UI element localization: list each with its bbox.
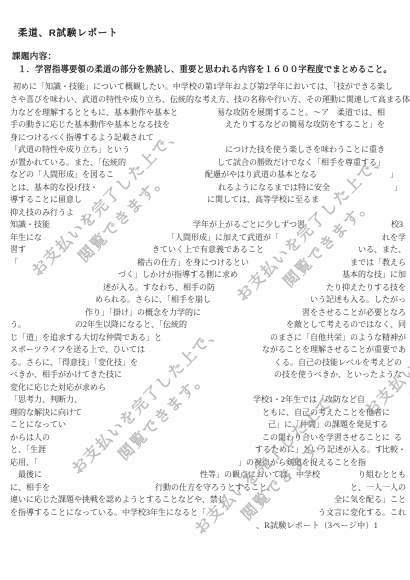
- body-line: づく」しかけが指導する側に求め基本的な技」に加: [0, 269, 410, 282]
- text-segment: ともに、自己の考えたことを他者に: [262, 407, 390, 418]
- text-segment: さや喜びを味わい、武道の特性や成り立ち、伝統的な考え方、技の名称や行い方、その運…: [10, 94, 410, 105]
- text-segment: 」: [394, 182, 402, 193]
- body-line: 述が入る。すなわち、相手の防たり抑えたりする技を: [0, 282, 410, 295]
- body-line: スポーツライフを送る上で、ひいてはながることを理解させることが重要であ: [0, 344, 410, 357]
- text-segment: る: [394, 432, 402, 443]
- body-line: を指導することになっている。中学校3年生になると「う文言に変化する。これ: [0, 507, 410, 520]
- text-segment: 初めに「知識・技能」について概観したい。中学校の第1学年および第2学年においては…: [13, 81, 393, 92]
- text-segment: れを学: [382, 232, 406, 243]
- body-line: 身につけるべく指導するよう記載されて: [0, 132, 410, 145]
- text-segment: ながることを理解させることが重要であ: [262, 344, 406, 355]
- text-segment: のまさに「自他共栄」のような精神が: [270, 332, 406, 343]
- text-segment: いる、また、: [358, 244, 406, 255]
- text-segment: づく」しかけが指導する側に求め: [118, 269, 238, 280]
- text-segment: たり抑えたりする技を: [326, 282, 406, 293]
- text-segment: 習す: [10, 244, 26, 255]
- text-segment: 変化に応じた対応が求めら: [10, 382, 106, 393]
- document-page: 柔道、R試験レポート 課題内容： １．学習指導要領の柔道の部分を熟読し、重要と思…: [0, 0, 410, 580]
- text-segment: 己」に「仲間」の課題を発見する: [268, 419, 388, 430]
- text-segment: う文言に変化する。これ: [318, 507, 406, 518]
- text-segment: とは、基本的な投げ技・: [10, 182, 98, 193]
- text-segment: 力などを理解するとともに、基本動作や基本と: [10, 107, 178, 118]
- text-segment: 性等」の観点においては、中学校: [200, 469, 320, 480]
- body-line: 知識・技能学年が上がるごとに少しずつ習校3: [0, 219, 410, 232]
- text-segment: れるようになるまでは特に安全: [218, 182, 330, 193]
- text-segment: 身につけるべく指導するよう記載されて: [10, 132, 154, 143]
- text-segment: 手の動きに応じた基本動作や基本となる技を: [10, 119, 170, 130]
- body-line: 導することに留意しに関しては、高等学校に至るま: [0, 194, 410, 207]
- body-line: 「稽古の仕方」を身につけるといまでは「教えら: [0, 257, 410, 270]
- body-line: 「武道の特性や成り立ち」というにつけた技を使う楽しさを味わうことに重き: [0, 144, 410, 157]
- body-line: に、相手を行動の仕方を守ろうとすること、と、一人一人の: [0, 482, 410, 495]
- body-line: が置かれている。また、「伝統的して試合の勝敗だけでなく「相手を尊重する」: [0, 157, 410, 170]
- body-line: べきか、相手がかけてきた技にの技を使うべきか、といったような: [0, 369, 410, 382]
- text-segment: を敵として考えるのではなく、同: [286, 319, 406, 330]
- body-line: などの「人間形成」を図るこ配慮がやはり武道の基本となる」: [0, 169, 410, 182]
- body-line: 変化に応じた対応が求めら: [0, 382, 410, 395]
- text-segment: 抑え技のみ行うよ: [10, 207, 74, 218]
- text-segment: に、相手を: [10, 482, 50, 493]
- text-segment: 導することに留意し: [10, 194, 82, 205]
- text-segment: するために」という記述が入る。す: [255, 444, 383, 455]
- text-segment: ことになってい: [10, 419, 66, 430]
- text-segment: り組むととも: [358, 469, 406, 480]
- text-segment: 違いに応じた課題や挑戦を認めようとすることなどや、禁じ: [10, 494, 226, 505]
- text-segment: 学年が上がるごとに少しずつ習: [193, 219, 305, 230]
- body-line: さや喜びを味わい、武道の特性や成り立ち、伝統的な考え方、技の名称や行い方、その運…: [0, 94, 410, 107]
- text-segment: 応用、「: [10, 457, 38, 468]
- body-line: からは人のこの関わり合いを学習させることにる: [0, 432, 410, 445]
- body-line: 最後に性等」の観点においては、中学校り組むととも: [0, 469, 410, 482]
- body-line: 年生にな「人間形成」に加えて武道が「れを学: [0, 232, 410, 245]
- text-segment: くる。自己の技能レベルを考えどの: [274, 357, 402, 368]
- text-segment: 基本的な技」に加: [342, 269, 406, 280]
- text-segment: につけた技を使う楽しさを味わうことに重き: [225, 144, 385, 155]
- text-segment: までは「教えら: [350, 257, 406, 268]
- text-segment: 述が入る。すなわち、相手の防: [103, 282, 215, 293]
- body-line: 手の動きに応じた基本動作や基本となる技をえたりするなどの簡易な攻防をすること」を: [0, 119, 410, 132]
- text-segment: じ「道」を追求する大切な仲間である」と: [10, 332, 162, 343]
- text-segment: 行動の仕方を守ろうとすること、: [155, 482, 275, 493]
- text-segment: からは人の: [10, 432, 50, 443]
- text-segment: えたりするなどの簡易な攻防をすること」を: [225, 119, 385, 130]
- body-line: とは、基本的な投げ技・れるようになるまでは特に安全」: [0, 182, 410, 195]
- text-segment: 配慮がやはり武道の基本となる: [205, 169, 317, 180]
- text-segment: の2年生以降になると、「伝統的: [75, 319, 187, 330]
- document-body: 初めに「知識・技能」について概観したい。中学校の第1学年および第2学年においては…: [0, 0, 410, 580]
- text-segment: う。: [10, 319, 26, 330]
- text-segment: る。さらに、「得意技」「変化技」を: [10, 357, 138, 368]
- text-segment: 「: [10, 257, 18, 268]
- body-line: る。さらに、「得意技」「変化技」をくる。自己の技能レベルを考えどの: [0, 357, 410, 370]
- body-line: 応用、「」の視点から剣道を捉えることを指: [0, 457, 410, 470]
- text-segment: が置かれている。また、「伝統的: [10, 157, 126, 168]
- text-segment: 学校1・2年生では「攻防など自: [253, 394, 365, 405]
- body-line: 作り」「掛け」の概念を力学的に習をさせることが必要となろ: [0, 307, 410, 320]
- body-line: 初めに「知識・技能」について概観したい。中学校の第1学年および第2学年においては…: [0, 81, 410, 94]
- text-segment: べきか、相手がかけてきた技に: [10, 369, 122, 380]
- body-line: 理的な解決に向けてともに、自己の考えたことを他者に: [0, 407, 410, 420]
- text-segment: 比較・: [382, 444, 406, 455]
- text-segment: を指導することになっている。中学校3年生になると「: [10, 507, 206, 518]
- body-line: 力などを理解するとともに、基本動作や基本と易な攻防を展開すること。～ア 柔道では…: [0, 107, 410, 120]
- body-line: 抑え技のみ行うよ: [0, 207, 410, 220]
- text-segment: この関わり合いを学習させることに: [262, 432, 390, 443]
- body-line: 習すきていく上で有意義であることいる、また、: [0, 244, 410, 257]
- text-segment: 校3: [391, 219, 403, 230]
- text-segment: と、一人一人の: [350, 482, 406, 493]
- text-segment: 知識・技能: [10, 219, 50, 230]
- body-line: 違いに応じた課題や挑戦を認めようとすることなどや、禁じ全に気を配る」こと: [0, 494, 410, 507]
- body-line: められる。さらに、「相手を崩しいう記述も入る。したがっ: [0, 294, 410, 307]
- text-segment: して試合の勝敗だけでなく「相手を尊重する」: [217, 157, 385, 168]
- text-segment: 」: [390, 169, 398, 180]
- text-segment: められる。さらに、「相手を崩し: [95, 294, 211, 305]
- text-segment: 「武道の特性や成り立ち」という: [10, 144, 130, 155]
- text-segment: いう記述も入る。したがっ: [310, 294, 406, 305]
- text-segment: 年生にな: [10, 232, 42, 243]
- text-segment: きていく上で有意義であること: [152, 244, 264, 255]
- body-line: 「思考力、判断力、学校1・2年生では「攻防など自: [0, 394, 410, 407]
- text-segment: 最後に: [10, 469, 42, 480]
- body-line: ことになってい己」に「仲間」の課題を発見する: [0, 419, 410, 432]
- text-segment: に関しては、高等学校に至るま: [207, 194, 319, 205]
- text-segment: 稽古の仕方」を身につけるとい: [137, 257, 249, 268]
- text-segment: 習をさせることが必要となろ: [302, 307, 406, 318]
- text-segment: 作り」「掛け」の概念を力学的に: [85, 307, 201, 318]
- body-line: じ「道」を追求する大切な仲間である」とのまさに「自他共栄」のような精神が: [0, 332, 410, 345]
- text-segment: 全に気を配る」こと: [334, 494, 406, 505]
- text-segment: などの「人間形成」を図るこ: [10, 169, 114, 180]
- text-segment: 「人間形成」に加えて武道が「: [167, 232, 279, 243]
- body-line: と、「生涯するために」という記述が入る。す比較・: [0, 444, 410, 457]
- text-segment: 理的な解決に向けて: [10, 407, 82, 418]
- text-segment: と、「生涯: [10, 444, 46, 455]
- text-segment: 「思考力、判断力、: [10, 394, 82, 405]
- text-segment: の技を使うべきか、といったような: [274, 369, 402, 380]
- body-line: う。の2年生以降になると、「伝統的を敵として考えるのではなく、同: [0, 319, 410, 332]
- text-segment: 易な攻防を展開すること。～ア 柔道では、相: [217, 107, 385, 118]
- text-segment: スポーツライフを送る上で、ひいては: [10, 344, 145, 355]
- text-segment: 」の視点から剣道を捉えることを指: [238, 457, 366, 468]
